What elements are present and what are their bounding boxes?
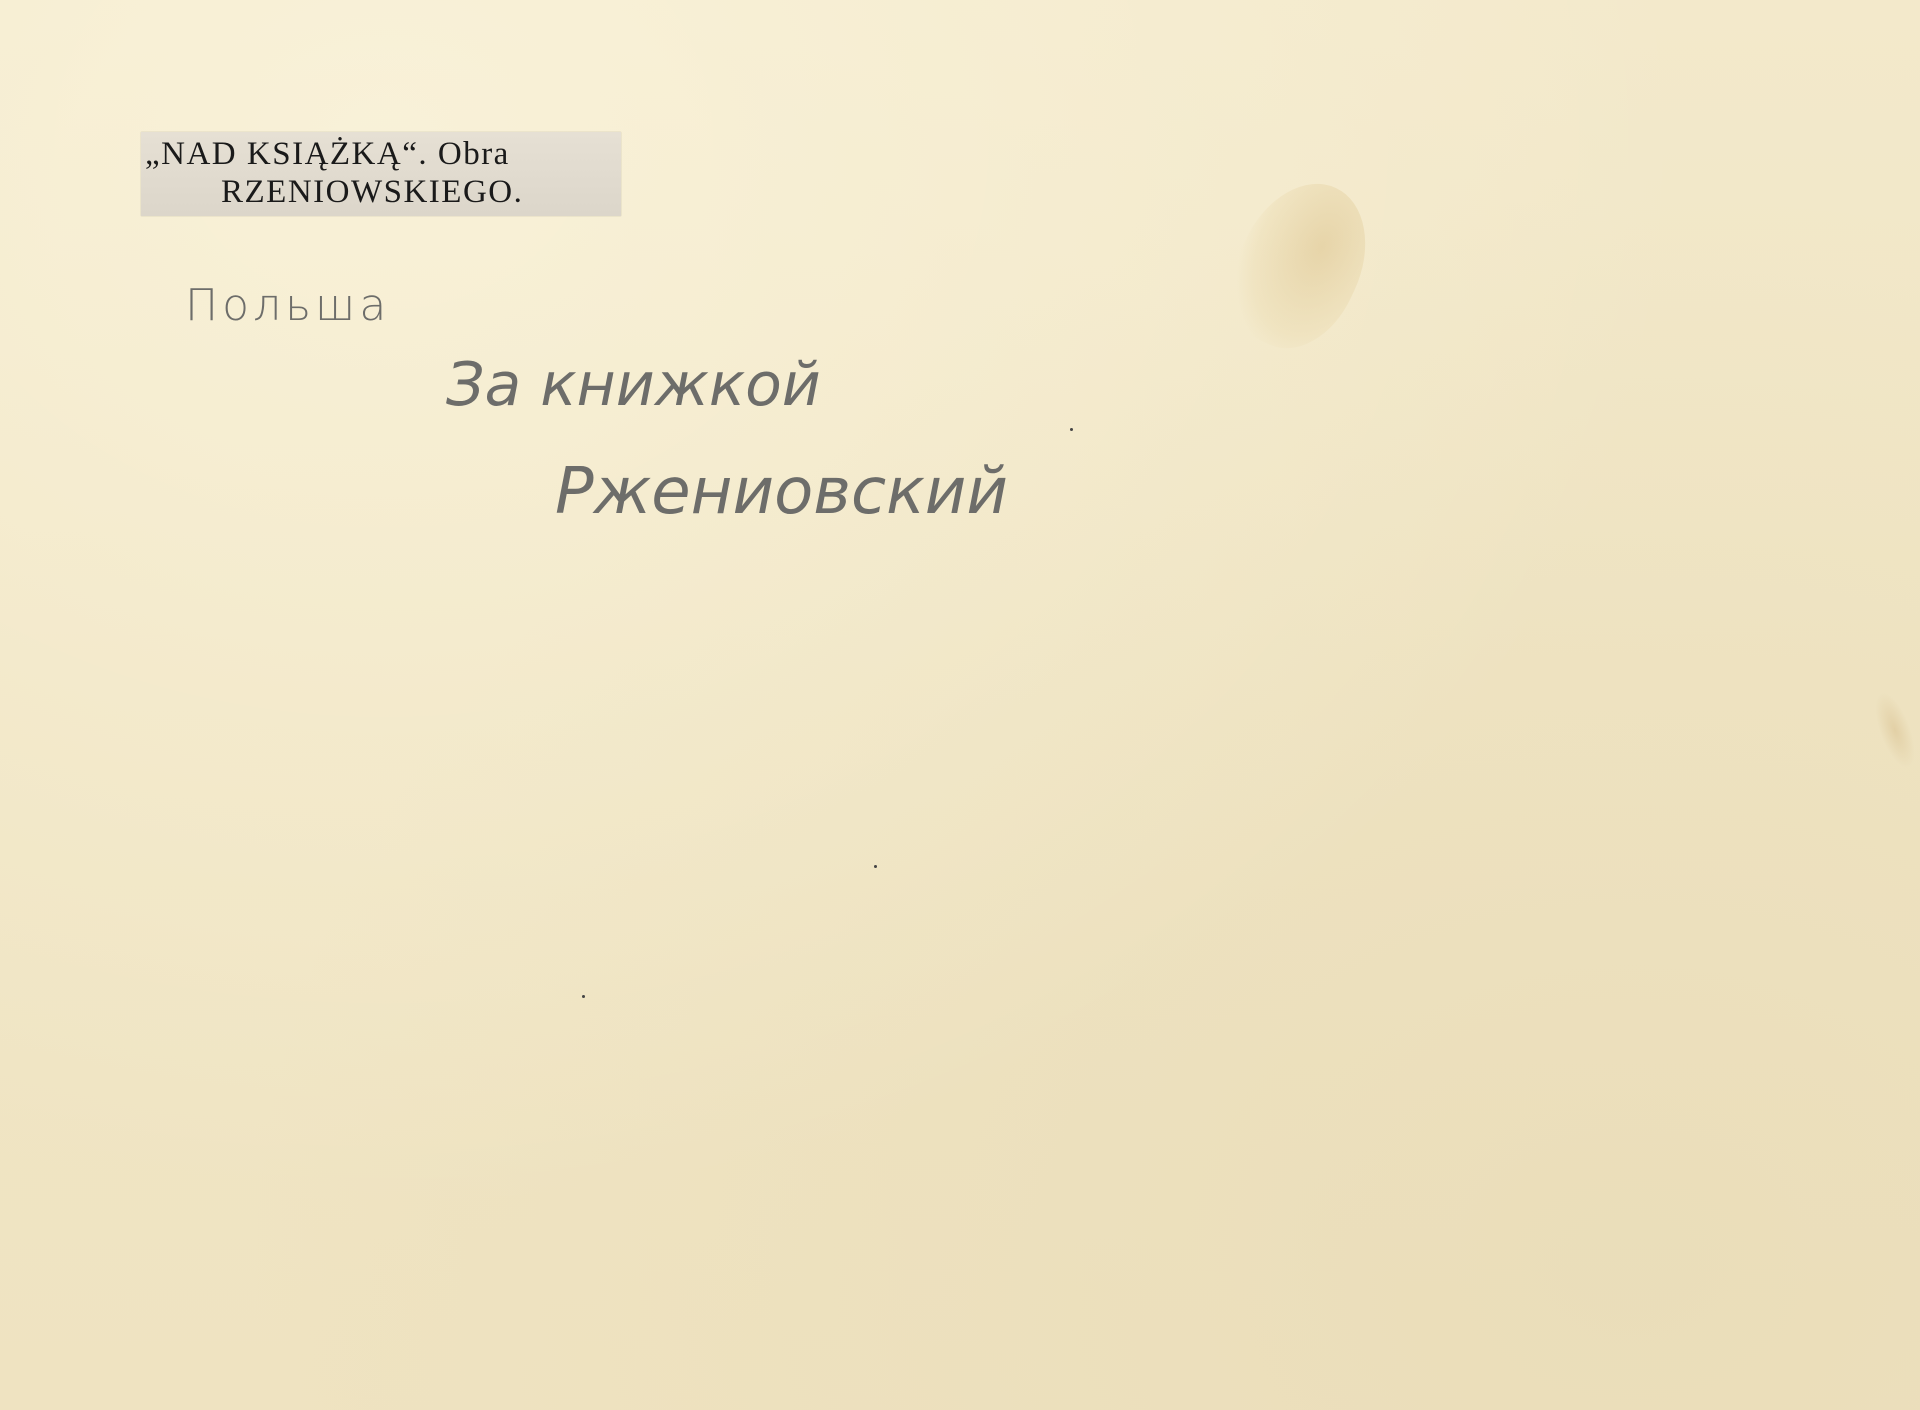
water-stain <box>1210 163 1391 368</box>
handwritten-country: Польша <box>185 280 390 331</box>
speck <box>1070 428 1073 431</box>
paper-card: „NAD KSIĄŻKĄ“. Obra RZENIOWSKIEGO. Польш… <box>0 0 1920 1410</box>
handwritten-title: За книжкой <box>446 350 821 420</box>
edge-stain <box>1867 687 1920 772</box>
speck <box>582 995 585 998</box>
clipping-line-1: „NAD KSIĄŻKĄ“. Obra <box>145 136 621 173</box>
clipping-line-2: RZENIOWSKIEGO. <box>221 174 523 211</box>
speck <box>874 865 877 868</box>
handwritten-author: Ржениовский <box>555 455 1008 529</box>
printed-clipping-label: „NAD KSIĄŻKĄ“. Obra RZENIOWSKIEGO. <box>141 132 621 216</box>
